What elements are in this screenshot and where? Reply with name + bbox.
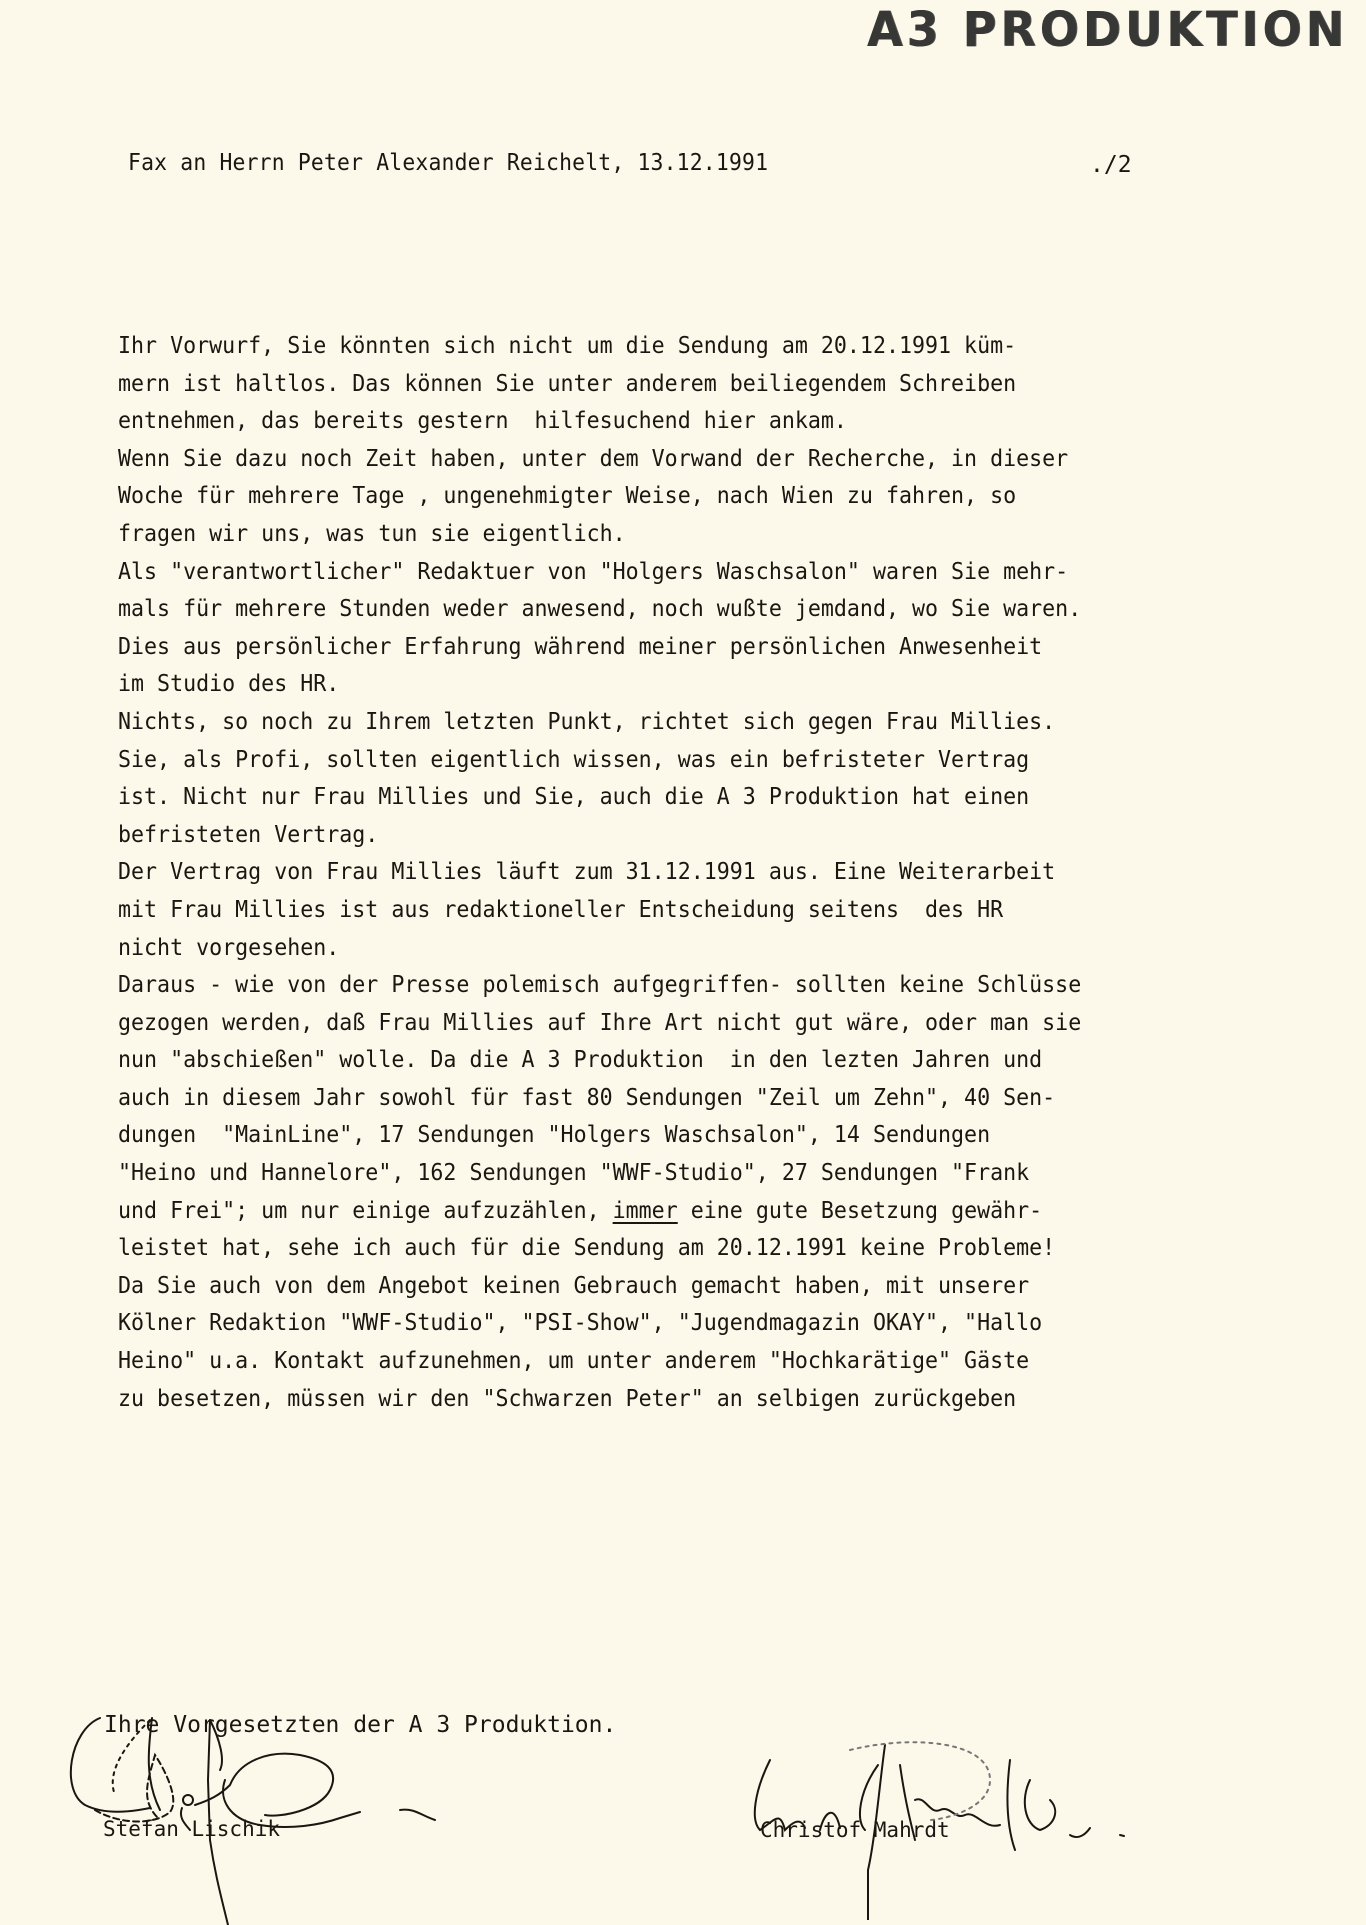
letter-line: Da Sie auch von dem Angebot keinen Gebra…	[118, 1268, 1171, 1306]
letter-line: Kölner Redaktion "WWF-Studio", "PSI-Show…	[118, 1305, 1171, 1343]
letter-line: mals für mehrere Stunden weder anwesend,…	[118, 591, 1171, 629]
letter-line: leistet hat, sehe ich auch für die Sendu…	[118, 1230, 1171, 1268]
text-segment: eine gute Besetzung gewähr-	[678, 1198, 1042, 1224]
letter-line: Der Vertrag von Frau Millies läuft zum 3…	[118, 854, 1171, 892]
letter-line: ist. Nicht nur Frau Millies und Sie, auc…	[118, 779, 1171, 817]
letter-line: dungen "MainLine", 17 Sendungen "Holgers…	[118, 1117, 1171, 1155]
letter-line: Wenn Sie dazu noch Zeit haben, unter dem…	[118, 441, 1171, 479]
letter-line: Nichts, so noch zu Ihrem letzten Punkt, …	[118, 704, 1171, 742]
letter-line: Dies aus persönlicher Erfahrung während …	[118, 629, 1171, 667]
letter-line: nicht vorgesehen.	[118, 930, 1171, 968]
letter-line: fragen wir uns, was tun sie eigentlich.	[118, 516, 1171, 554]
letter-line: Sie, als Profi, sollten eigentlich wisse…	[118, 742, 1171, 780]
letter-line: auch in diesem Jahr sowohl für fast 80 S…	[118, 1080, 1171, 1118]
letter-line: Woche für mehrere Tage , ungenehmigter W…	[118, 478, 1171, 516]
letter-line: Daraus - wie von der Presse polemisch au…	[118, 967, 1171, 1005]
letter-line: gezogen werden, daß Frau Millies auf Ihr…	[118, 1005, 1171, 1043]
signer-name: Stefan Lischik	[103, 1817, 280, 1841]
closing-line: Ihre Vorgesetzten der A 3 Produktion.	[104, 1712, 616, 1738]
letter-line: mern ist haltlos. Das können Sie unter a…	[118, 366, 1171, 404]
fax-header-line: Fax an Herrn Peter Alexander Reichelt, 1…	[128, 150, 768, 176]
letter-line: Ihr Vorwurf, Sie könnten sich nicht um d…	[118, 328, 1171, 366]
letter-line: im Studio des HR.	[118, 666, 1171, 704]
letter-line: befristeten Vertrag.	[118, 817, 1171, 855]
letter-line: entnehmen, das bereits gestern hilfesuch…	[118, 403, 1171, 441]
letter-line: mit Frau Millies ist aus redaktioneller …	[118, 892, 1171, 930]
underlined-word: immer	[613, 1198, 678, 1224]
letter-body: Ihr Vorwurf, Sie könnten sich nicht um d…	[118, 328, 1238, 1418]
letter-line: und Frei"; um nur einige aufzuzählen, im…	[118, 1193, 1171, 1231]
signer-name: Christof Mahrdt	[760, 1818, 950, 1842]
text-segment: und Frei"; um nur einige aufzuzählen,	[118, 1198, 613, 1224]
letter-line: "Heino und Hannelore", 162 Sendungen "WW…	[118, 1155, 1171, 1193]
letterhead-logo: A3 PRODUKTION	[867, 1, 1348, 58]
page-number: ./2	[1090, 152, 1132, 178]
letter-line: nun "abschießen" wolle. Da die A 3 Produ…	[118, 1042, 1171, 1080]
letter-line: zu besetzen, müssen wir den "Schwarzen P…	[118, 1381, 1171, 1419]
letter-line: Als "verantwortlicher" Redaktuer von "Ho…	[118, 554, 1171, 592]
letter-line: Heino" u.a. Kontakt aufzunehmen, um unte…	[118, 1343, 1171, 1381]
